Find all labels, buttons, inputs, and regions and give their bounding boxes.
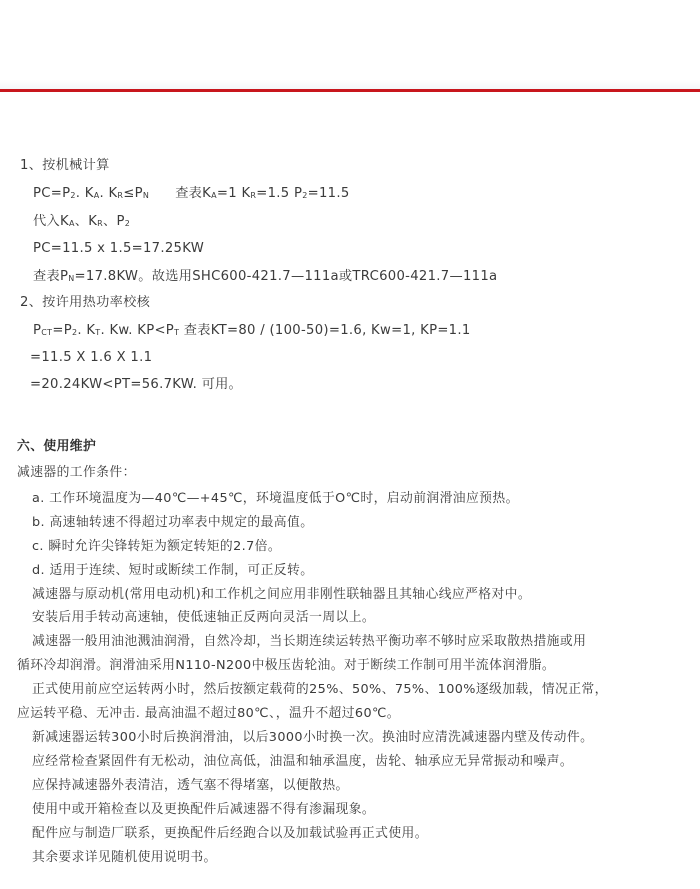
formula-text: =1 K [217, 186, 250, 201]
formula-text: 代入K [33, 214, 69, 229]
section1-selection: 查表PN=17.8KW。故选用SHC600-421.7—111a或TRC600-… [33, 269, 497, 287]
paragraph-line: 减速器一般用油池溅油润滑，自然冷却，当长期连续运转热平衡功率不够时应采取散热措施… [32, 634, 586, 650]
paragraph-line: 减速器与原动机(常用电动机)和工作机之间应用非刚性联轴器且其轴心线应严格对中。 [32, 587, 531, 603]
section2-formula: PCT=P2. KT. Kw. KP<PT 查表KT=80 / (100-50)… [33, 323, 471, 341]
condition-item: a. 工作环境温度为—40℃—+45℃，环境温度低于O℃时，启动前润滑油应预热。 [32, 491, 519, 507]
header-red-rule [0, 89, 700, 92]
formula-text: . K [76, 186, 94, 201]
formula-text: 查表K [175, 186, 211, 201]
paragraph-line: 其余要求详见随机使用说明书。 [32, 850, 217, 866]
maintenance-heading: 六、使用维护 [17, 439, 96, 455]
section2-title: 2、按许用热功率校核 [20, 295, 150, 311]
conditions-label: 减速器的工作条件： [17, 465, 136, 481]
paragraph-line: 应保持减速器外表清洁，透气塞不得堵塞，以便散热。 [32, 778, 349, 794]
formula-text: =11.5 [308, 186, 350, 201]
paragraph-line: 应运转平稳、无冲击. 最高油温不超过80℃、，温升不超过60℃。 [17, 706, 400, 722]
section1-substitute: 代入KA、KR、P2 [33, 214, 130, 232]
paragraph-line: 新减速器运转300小时后换润滑油，以后3000小时换一次。换油时应清洗减速器内壁… [32, 730, 593, 746]
subscript: 2 [125, 219, 130, 228]
section1-result: PC=11.5 x 1.5=17.25KW [33, 241, 204, 257]
paragraph-line: 配件应与制造厂联系，更换配件后经跑合以及加载试验再正式使用。 [32, 826, 428, 842]
formula-text: 查表KT=80 / (100-50)=1.6, Kw=1, KP=1.1 [179, 323, 470, 338]
paragraph-line: 应经常检查紧固件有无松动，油位高低，油温和轴承温度，齿轮、轴承应无异常振动和噪声… [32, 754, 573, 770]
formula-text: . K [99, 186, 117, 201]
paragraph-line: 循环冷却润滑。润滑油采用N110-N200中极压齿轮油。对于断续工作制可用半流体… [17, 658, 555, 674]
formula-text: =P [52, 323, 72, 338]
formula-text: PC=P [33, 186, 70, 201]
section1-formula: PC=P2. KA. KR≤PN查表KA=1 KR=1.5 P2=11.5 [33, 186, 350, 204]
formula-text: . Kw. KP<P [100, 323, 174, 338]
subscript: CT [41, 328, 52, 337]
condition-item: b. 高速轴转速不得超过功率表中规定的最高值。 [32, 515, 313, 531]
formula-text: 、P [103, 214, 125, 229]
section2-step2: =20.24KW<PT=56.7KW. 可用。 [30, 377, 242, 393]
condition-item: d. 适用于连续、短时或断续工作制，可正反转。 [32, 563, 313, 579]
header-shadow [0, 80, 700, 89]
condition-item: c. 瞬时允许尖锋转矩为额定转矩的2.7倍。 [32, 539, 281, 555]
formula-text: 查表P [33, 269, 68, 284]
formula-text: =17.8KW。故选用SHC600-421.7—111a或TRC600-421.… [75, 269, 498, 284]
formula-text: ≤P [123, 186, 143, 201]
subscript: N [143, 191, 149, 200]
paragraph-line: 正式使用前应空运转两小时，然后按额定载荷的25%、50%、75%、100%逐级加… [32, 682, 608, 698]
formula-text: 、K [75, 214, 97, 229]
paragraph-line: 安装后用手转动高速轴，使低速轴正反两向灵活一周以上。 [32, 610, 375, 626]
formula-text: . K [77, 323, 95, 338]
section1-title: 1、按机械计算 [20, 158, 110, 174]
formula-text: =1.5 P [256, 186, 302, 201]
section2-step1: =11.5 X 1.6 X 1.1 [30, 350, 152, 366]
paragraph-line: 使用中或开箱检查以及更换配件后减速器不得有渗漏现象。 [32, 802, 375, 818]
